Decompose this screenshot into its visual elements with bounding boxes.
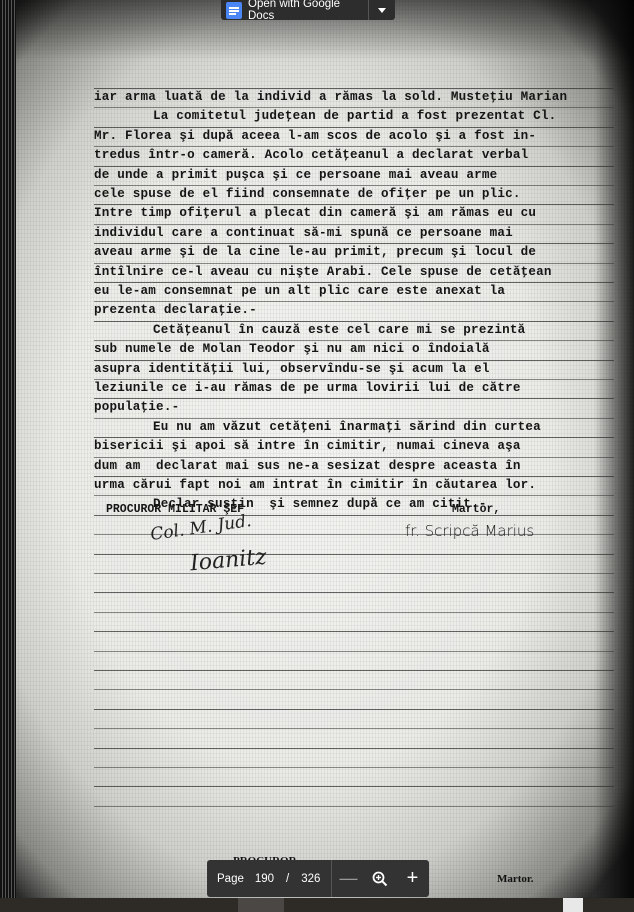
document-line: Cetăţeanul în cauză este cel care mi se … xyxy=(153,323,525,337)
document-line: prezenta declaraţie.- xyxy=(94,303,257,317)
page-label: Page xyxy=(217,873,244,885)
zoom-in-magnifier-icon xyxy=(372,871,388,887)
scrollbar-segment xyxy=(563,898,583,912)
ruled-line xyxy=(94,243,614,244)
ruled-line xyxy=(94,360,614,361)
zoom-fit-button[interactable] xyxy=(364,860,396,897)
horizontal-scrollbar[interactable] xyxy=(0,898,634,912)
document-line: Intre timp ofiţerul a plecat din cameră … xyxy=(94,206,536,220)
document-line: dum am declarat mai sus ne-a sesizat des… xyxy=(94,459,521,473)
ruled-line xyxy=(94,398,614,399)
document-line: eu le-am consemnat pe un alt plic care e… xyxy=(94,284,505,298)
ruled-line xyxy=(94,573,614,574)
signature-right-label: Martor, xyxy=(452,503,500,516)
ruled-line xyxy=(94,554,614,555)
document-line: sub numele de Molan Teodor şi nu am nici… xyxy=(94,342,490,356)
document-line: întîlnire ce-l aveau cu nişte Arabi. Cel… xyxy=(94,265,552,279)
caret-down-icon xyxy=(378,8,386,13)
ruled-line xyxy=(94,592,614,593)
ruled-line xyxy=(94,495,614,496)
open-with-google-docs-button[interactable]: Open with Google Docs xyxy=(221,0,395,20)
ruled-line xyxy=(94,437,614,438)
signature-right-handwriting: fr. Scripcă Marius xyxy=(405,522,534,540)
open-with-dropdown-button[interactable] xyxy=(369,0,395,20)
document-line: asupra identităţii lui, observîndu-se şi… xyxy=(94,362,490,376)
ruled-line xyxy=(94,107,614,108)
ruled-line xyxy=(94,670,614,671)
scrollbar-thumb[interactable] xyxy=(238,898,284,912)
ruled-line xyxy=(94,185,614,186)
ruled-line xyxy=(94,127,614,128)
ruled-line xyxy=(94,379,614,380)
ruled-line xyxy=(94,689,614,690)
ruled-line xyxy=(94,806,614,807)
page-separator: / xyxy=(286,873,289,885)
document-line: urma cărui fapt noi am intrat în cimitir… xyxy=(94,478,536,492)
ruled-line xyxy=(94,282,614,283)
document-line: Eu nu am văzut cetăţeni înarmaţi sărind … xyxy=(153,420,541,434)
ruled-line xyxy=(94,786,614,787)
document-line: aveau arme şi de la cine le-au primit, p… xyxy=(94,245,536,259)
ruled-line xyxy=(94,204,614,205)
minus-icon: — xyxy=(339,868,357,889)
document-line: populaţie.- xyxy=(94,400,179,414)
ruled-line xyxy=(94,631,614,632)
ruled-line xyxy=(94,651,614,652)
document-line: de unde a primit puşca şi ce persoane ma… xyxy=(94,168,497,182)
ruled-line xyxy=(94,709,614,710)
ruled-line xyxy=(94,612,614,613)
scan-edge-left xyxy=(0,0,16,898)
zoom-out-button[interactable]: — xyxy=(332,860,364,897)
ruled-line xyxy=(94,418,614,419)
document-line: La comitetul judeţean de partid a fost p… xyxy=(153,109,556,123)
document-line: Mr. Florea şi după aceea l-am scos de ac… xyxy=(94,129,536,143)
zoom-in-button[interactable]: + xyxy=(396,860,428,897)
document-line: individul care a continuat să-mi spună c… xyxy=(94,226,513,240)
document-line: iar arma luată de la individ a rămas la … xyxy=(94,90,567,104)
ruled-line xyxy=(94,146,614,147)
footer-right-label: Martor. xyxy=(497,873,534,885)
signature-left-handwriting-2: Ioanitz xyxy=(189,545,268,577)
ruled-line xyxy=(94,301,614,302)
ruled-line xyxy=(94,166,614,167)
document-page: iar arma luată de la individ a rămas la … xyxy=(0,0,634,898)
ruled-line xyxy=(94,457,614,458)
document-line: bisericii şi apoi să intre în cimitir, n… xyxy=(94,439,521,453)
open-with-label: Open with Google Docs xyxy=(248,0,368,22)
plus-icon: + xyxy=(407,867,419,890)
ruled-line xyxy=(94,476,614,477)
document-line: cele spuse de el fiind consemnate de ofi… xyxy=(94,187,521,201)
current-page-input[interactable]: 190 xyxy=(255,873,274,885)
ruled-line xyxy=(94,224,614,225)
ruled-line xyxy=(94,263,614,264)
ruled-line xyxy=(94,728,614,729)
document-line: tredus într-o cameră. Acolo cetăţeanul a… xyxy=(94,148,528,162)
ruled-line xyxy=(94,748,614,749)
document-line: leziunile ce i-au rămas de pe urma lovir… xyxy=(94,381,521,395)
ruled-line xyxy=(94,767,614,768)
ruled-line xyxy=(94,321,614,322)
ruled-line xyxy=(94,88,614,89)
total-pages: 326 xyxy=(301,873,320,885)
scan-shadow-right xyxy=(594,0,634,898)
ruled-line xyxy=(94,340,614,341)
signature-left-handwriting-1: Col. M. Jud. xyxy=(149,511,253,545)
page-navigation-bar: Page 190 / 326 — + xyxy=(207,860,429,897)
google-docs-icon xyxy=(226,2,242,19)
